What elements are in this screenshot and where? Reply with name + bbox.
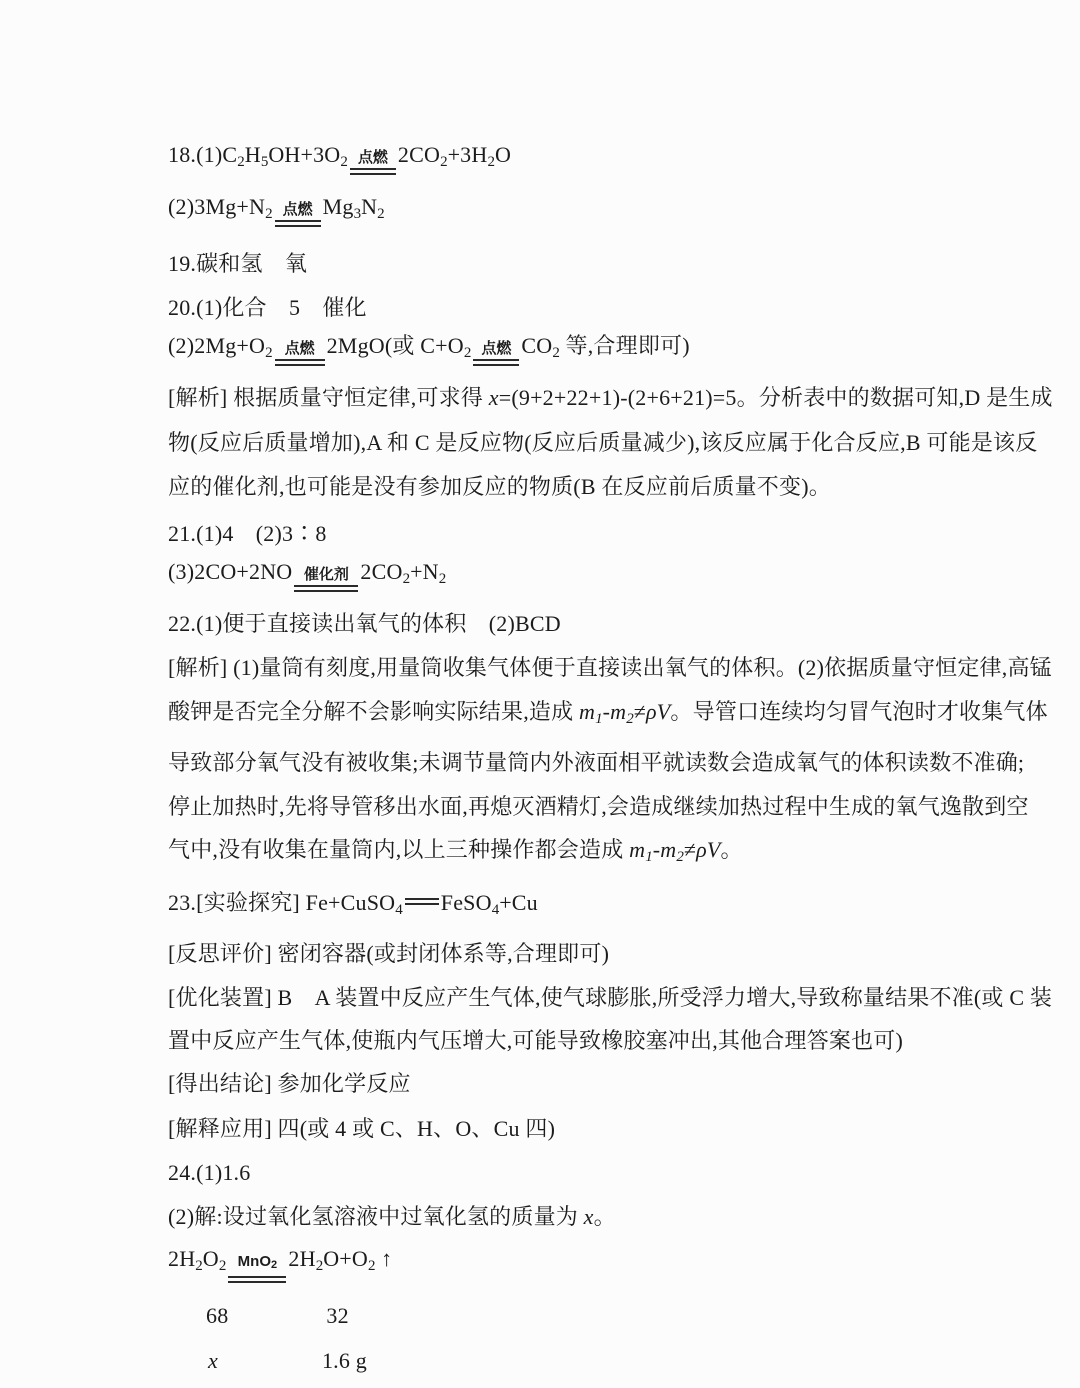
subscript: 2 (340, 154, 348, 170)
answer-23-optimize-line-2: 置中反应产生气体,使瓶内气压增大,可能导致橡胶塞冲出,其他合理答案也可) (168, 1026, 958, 1056)
text-segment: 酸钾是否完全分解不会影响实际结果,造成 (168, 699, 579, 724)
reaction-condition-label: MnO2 (228, 1253, 286, 1276)
double-bar (405, 898, 439, 905)
text-segment: 。 (594, 1204, 616, 1229)
double-bar (473, 359, 519, 366)
subscript: 2 (439, 571, 447, 587)
answer-24-2-equation: 2H2O2MnO22H2O+O2 ↑ (168, 1244, 958, 1288)
subscript: 2 (219, 1258, 227, 1274)
answer-24-2-proportion: x1.6 g (168, 1346, 958, 1376)
text-segment: =(9+2+22+1)-(2+6+21)=5。分析表中的数据可知,D 是生成 (499, 385, 1053, 410)
text-segment: ↑ (375, 1246, 392, 1271)
text-segment: +N (410, 559, 439, 584)
document-body: 18.(1)C2H5OH+3O2点燃2CO2+3H2O(2)3Mg+N2点燃Mg… (168, 140, 958, 1376)
analysis-22-line-5: 气中,没有收集在量筒内,以上三种操作都会造成 m1-m2≠ρV。 (168, 835, 958, 872)
text-segment: x (489, 385, 499, 410)
text-segment: 点燃 (283, 201, 313, 218)
reaction-condition-label: 点燃 (473, 340, 519, 359)
subscript: 2 (464, 345, 472, 361)
text-segment: 点燃 (481, 340, 511, 357)
reaction-condition-label: 点燃 (275, 201, 321, 220)
double-bar (275, 220, 321, 227)
text-segment: 18.(1)C (168, 142, 237, 167)
text-segment: OH+3O (268, 142, 340, 167)
text-segment: (2)解:设过氧化氢溶液中过氧化氢的质量为 (168, 1204, 584, 1229)
subscript: 2 (440, 154, 448, 170)
text-segment: [解释应用] 四(或 4 或 C、H、O、Cu 四) (168, 1116, 555, 1141)
analysis-22-line-1: [解析] (1)量筒有刻度,用量筒收集气体便于直接读出氧气的体积。(2)依据质量… (168, 653, 958, 683)
text-segment: ρV (646, 699, 670, 724)
subscript: 2 (237, 154, 245, 170)
text-segment: 24.(1)1.6 (168, 1160, 250, 1185)
answer-24-2-molar-masses: 6832 (168, 1301, 958, 1331)
text-segment: 置中反应产生气体,使瓶内气压增大,可能导致橡胶塞冲出,其他合理答案也可) (168, 1028, 903, 1053)
reaction-condition-label: 点燃 (275, 340, 325, 359)
reaction-condition-label: 催化剂 (294, 566, 358, 585)
answer-18-1-equation: 18.(1)C2H5OH+3O2点燃2CO2+3H2O (168, 140, 958, 180)
text-segment: m (579, 699, 595, 724)
text-segment: m (660, 837, 676, 862)
reaction-condition-over-equals: 点燃 (273, 340, 327, 371)
answer-20-1: 20.(1)化合 5 催化 (168, 293, 958, 323)
text-segment: 点燃 (358, 149, 388, 166)
text-segment: [解析] (1)量筒有刻度,用量筒收集气体便于直接读出氧气的体积。(2)依据质量… (168, 655, 1052, 680)
text-segment: 导致部分氧气没有被收集;未调节量筒内外液面相平就读数会造成氧气的体积读数不准确; (168, 750, 1024, 775)
reaction-condition-label: 点燃 (350, 149, 396, 168)
text-segment: 2CO (398, 142, 440, 167)
text-segment: x (208, 1348, 218, 1373)
answer-19: 19.碳和氢 氧 (168, 249, 958, 279)
text-segment: 。 (721, 837, 743, 862)
text-segment: (2)3Mg+N (168, 194, 265, 219)
subscript: 3 (354, 206, 362, 222)
analysis-22-line-2: 酸钾是否完全分解不会影响实际结果,造成 m1-m2≠ρV。导管口连续均匀冒气泡时… (168, 697, 958, 734)
subscript: 1 (645, 849, 653, 865)
subscript: 1 (595, 711, 603, 727)
text-segment: 停止加热时,先将导管移出水面,再熄灭酒精灯,会造成继续加热过程中生成的氧气逸散到… (168, 794, 1029, 819)
subscript: 2 (676, 849, 684, 865)
double-bar (350, 168, 396, 175)
text-segment: - (603, 699, 611, 724)
analysis-22-line-4: 停止加热时,先将导管移出水面,再熄灭酒精灯,会造成继续加热过程中生成的氧气逸散到… (168, 792, 958, 822)
answer-24-1: 24.(1)1.6 (168, 1158, 958, 1188)
text-segment: 2H (168, 1246, 195, 1271)
document-page: 18.(1)C2H5OH+3O2点燃2CO2+3H2O(2)3Mg+N2点燃Mg… (0, 0, 1080, 1388)
reaction-condition-over-equals: 点燃 (273, 201, 323, 232)
text-segment: ≠ (684, 837, 696, 862)
text-segment: CO (521, 333, 552, 358)
subscript: 2 (271, 1259, 277, 1271)
text-segment: m (610, 699, 626, 724)
answer-23-optimize-line-1: [优化装置] B A 装置中反应产生气体,使气球膨胀,所受浮力增大,导致称量结果… (168, 983, 958, 1013)
text-segment: x (584, 1204, 594, 1229)
text-segment: H (245, 142, 261, 167)
text-segment: 20.(1)化合 5 催化 (168, 295, 367, 320)
subscript: 2 (265, 206, 273, 222)
subscript: 2 (487, 154, 495, 170)
text-segment: 23.[实验探究] Fe+CuSO (168, 890, 395, 915)
subscript: 2 (377, 206, 385, 222)
text-segment: ≠ (634, 699, 646, 724)
text-segment: +Cu (499, 890, 538, 915)
text-segment: (2)2Mg+O (168, 333, 265, 358)
text-segment: 22.(1)便于直接读出氧气的体积 (2)BCD (168, 611, 561, 636)
text-segment: (3)2CO+2NO (168, 559, 292, 584)
reaction-condition-over-equals: 点燃 (471, 340, 521, 371)
text-segment: [优化装置] B A 装置中反应产生气体,使气球膨胀,所受浮力增大,导致称量结果… (168, 985, 1052, 1010)
reaction-condition-over-equals: MnO2 (226, 1253, 288, 1288)
subscript: 4 (395, 902, 403, 918)
answer-21-1-2: 21.(1)4 (2)3∶8 (168, 519, 958, 549)
text-segment: 2CO (360, 559, 402, 584)
text-segment: Mg (323, 194, 354, 219)
answer-24-2-setup: (2)解:设过氧化氢溶液中过氧化氢的质量为 x。 (168, 1202, 958, 1232)
reaction-equals-line (403, 898, 441, 910)
double-bar (228, 1276, 286, 1283)
answer-23-experiment-equation: 23.[实验探究] Fe+CuSO4FeSO4+Cu (168, 888, 958, 925)
text-segment: 。导管口连续均匀冒气泡时才收集气体 (670, 699, 1047, 724)
text-segment: 催化剂 (304, 566, 349, 583)
reaction-condition-over-equals: 点燃 (348, 149, 398, 180)
analysis-20-line-2: 物(反应后质量增加),A 和 C 是反应物(反应后质量减少),该反应属于化合反应… (168, 428, 958, 458)
answer-21-3-equation: (3)2CO+2NO催化剂2CO2+N2 (168, 557, 958, 597)
text-segment: N (361, 194, 377, 219)
answer-18-2-equation: (2)3Mg+N2点燃Mg3N2 (168, 192, 958, 232)
text-segment: m (629, 837, 645, 862)
text-segment: FeSO (441, 890, 492, 915)
answer-20-2-equation: (2)2Mg+O2点燃2MgO(或 C+O2点燃CO2 等,合理即可) (168, 331, 958, 371)
text-segment: 点燃 (285, 340, 315, 357)
text-segment: ρV (696, 837, 720, 862)
text-segment: 19.碳和氢 氧 (168, 251, 307, 276)
text-segment: 1.6 g (322, 1348, 367, 1373)
answer-22-1-2: 22.(1)便于直接读出氧气的体积 (2)BCD (168, 609, 958, 639)
text-segment: 等,合理即可) (560, 333, 690, 358)
subscript: 2 (265, 345, 273, 361)
text-segment: O (495, 142, 511, 167)
subscript: 2 (552, 345, 560, 361)
text-segment: [解析] 根据质量守恒定律,可求得 (168, 385, 489, 410)
answer-23-reflection: [反思评价] 密闭容器(或封闭体系等,合理即可) (168, 939, 958, 969)
analysis-22-line-3: 导致部分氧气没有被收集;未调节量筒内外液面相平就读数会造成氧气的体积读数不准确; (168, 748, 958, 778)
subscript: 2 (403, 571, 411, 587)
text-segment: +3H (448, 142, 488, 167)
text-segment: 2MgO(或 C+O (327, 333, 464, 358)
text-segment: O+O (323, 1246, 368, 1271)
text-segment: 应的催化剂,也可能是没有参加反应的物质(B 在反应前后质量不变)。 (168, 474, 831, 499)
text-segment: 物(反应后质量增加),A 和 C 是反应物(反应后质量减少),该反应属于化合反应… (168, 430, 1037, 455)
text-segment: [反思评价] 密闭容器(或封闭体系等,合理即可) (168, 941, 609, 966)
text-segment: 气中,没有收集在量筒内,以上三种操作都会造成 (168, 837, 629, 862)
text-segment: 2H (288, 1246, 315, 1271)
double-bar (294, 585, 358, 592)
text-segment: 68 (206, 1303, 228, 1328)
double-bar (275, 359, 325, 366)
text-segment: [得出结论] 参加化学反应 (168, 1071, 411, 1096)
reaction-condition-over-equals: 催化剂 (292, 566, 360, 597)
answer-23-application: [解释应用] 四(或 4 或 C、H、O、Cu 四) (168, 1114, 958, 1144)
subscript: 2 (195, 1258, 203, 1274)
subscript: 2 (626, 711, 634, 727)
text-segment: 32 (326, 1303, 348, 1328)
analysis-20-line-3: 应的催化剂,也可能是没有参加反应的物质(B 在反应前后质量不变)。 (168, 472, 958, 502)
text-segment: MnO (238, 1253, 271, 1270)
text-segment: 21.(1)4 (2)3∶8 (168, 521, 327, 546)
answer-23-conclusion: [得出结论] 参加化学反应 (168, 1069, 958, 1099)
text-segment: O (203, 1246, 219, 1271)
analysis-20-line-1: [解析] 根据质量守恒定律,可求得 x=(9+2+22+1)-(2+6+21)=… (168, 383, 958, 413)
